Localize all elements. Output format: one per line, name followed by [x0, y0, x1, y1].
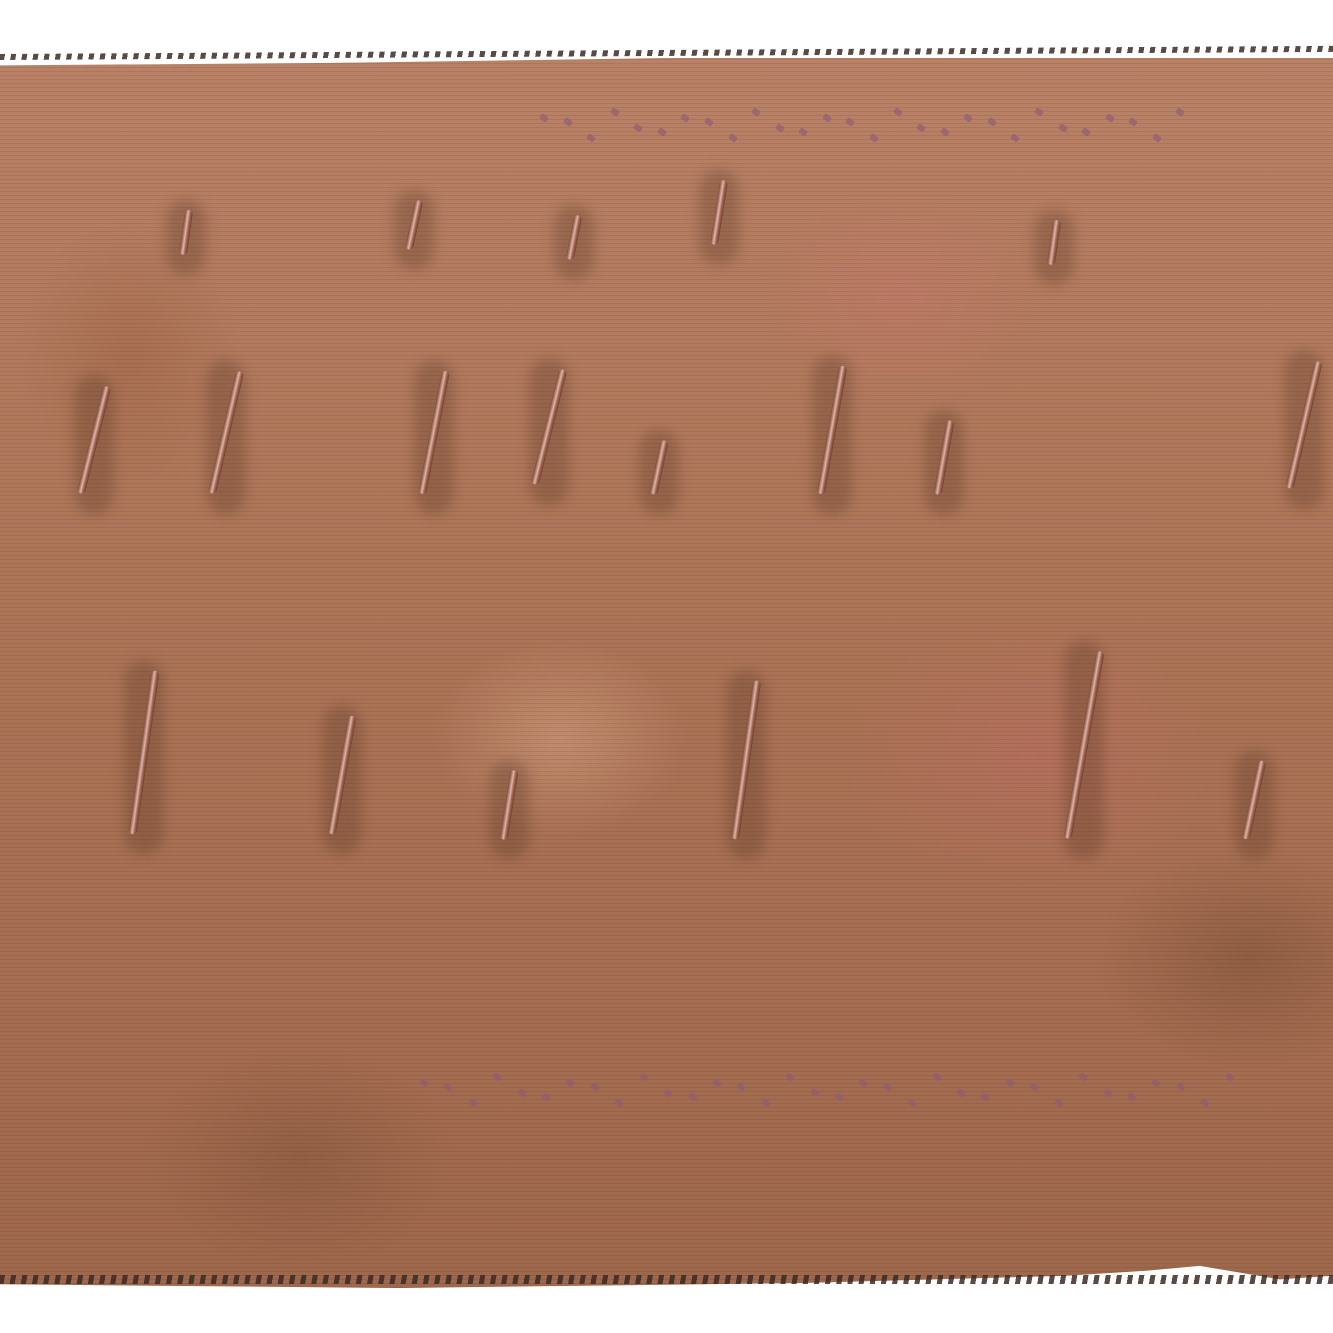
bottom-stitched-edge	[0, 1275, 1333, 1284]
